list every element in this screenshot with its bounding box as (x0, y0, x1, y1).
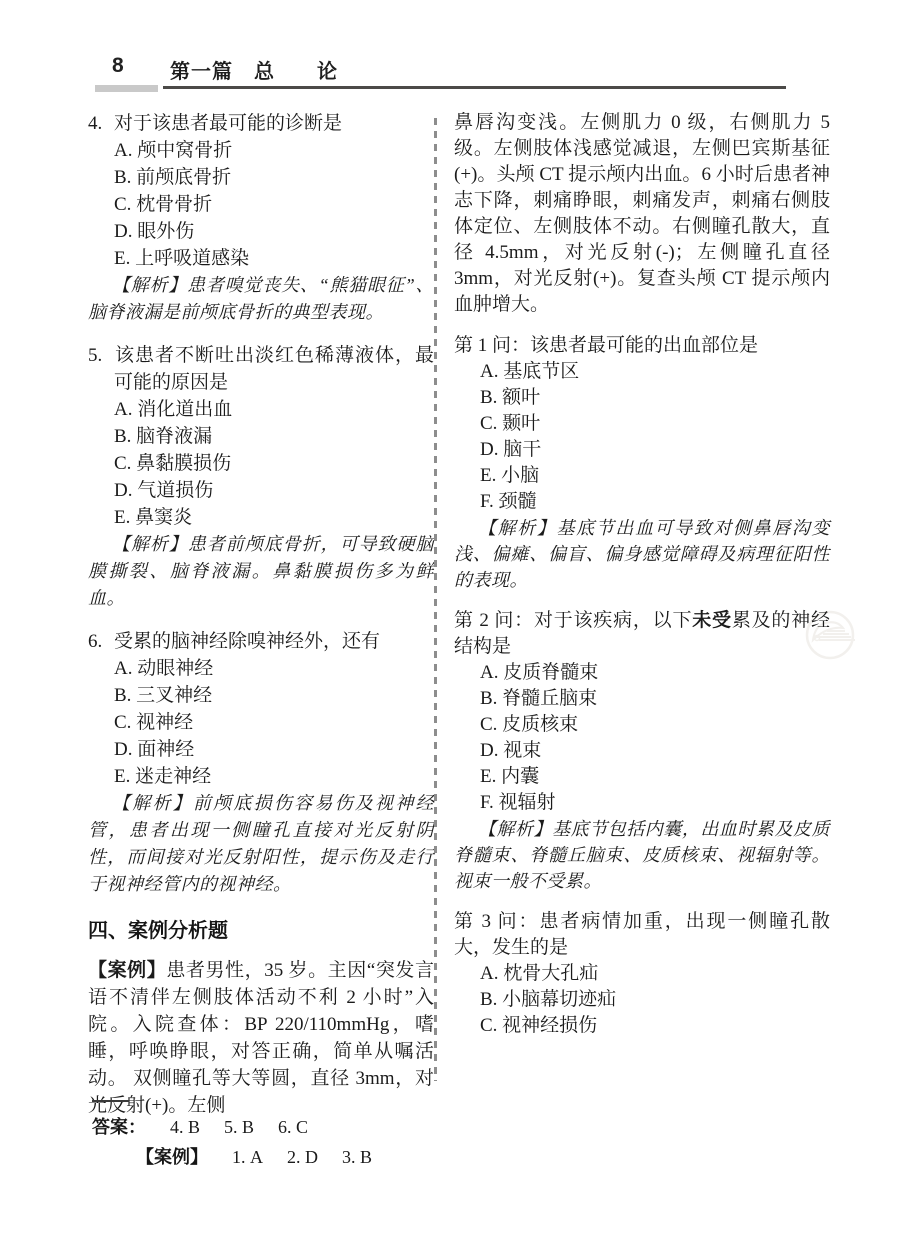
question-option: B. 脑脊液漏 (88, 423, 434, 450)
two-column-body: 4.对于该患者最可能的诊断是 A. 颅中窝骨折 B. 前颅底骨折 C. 枕骨骨折… (88, 110, 832, 1119)
question-option: A. 颅中窝骨折 (88, 137, 434, 164)
question-option: C. 枕骨骨折 (88, 191, 434, 218)
question-option: C. 颞叶 (454, 411, 830, 437)
right-column: 鼻唇沟变浅。左侧肌力 0 级，右侧肌力 5 级。左侧肢体浅感觉减退，左侧巴宾斯基… (454, 110, 830, 1119)
question-option: B. 脊髓丘脑束 (454, 686, 830, 712)
question-option: D. 脑干 (454, 437, 830, 463)
chapter-header-title: 第一篇 总 论 (170, 55, 338, 84)
analysis-paragraph: 【解析】患者嗅觉丧失、“熊猫眼征”、脑脊液漏是前颅底骨折的典型表现。 (88, 272, 434, 326)
case-paragraph: 【案例】患者男性，35 岁。主因“突发言语不清伴左侧肢体活动不利 2 小时”入院… (88, 957, 434, 1119)
question-option: B. 前颅底骨折 (88, 164, 434, 191)
question-option: D. 面神经 (88, 736, 434, 763)
question-option: B. 三叉神经 (88, 682, 434, 709)
question-option: D. 气道损伤 (88, 477, 434, 504)
answer-value: 2. D (287, 1147, 318, 1167)
question-stem: 6.受累的脑神经除嗅神经外，还有 (88, 628, 434, 655)
question-number: 4. (88, 110, 114, 137)
case-answers-row: 【案例】1. A2. D3. B (136, 1142, 792, 1172)
question-option: C. 视神经损伤 (454, 1013, 830, 1039)
answer-value: 3. B (342, 1147, 372, 1167)
question-option: A. 皮质脊髓束 (454, 660, 830, 686)
question-option: A. 枕骨大孔疝 (454, 961, 830, 987)
page-number: 8 (112, 54, 152, 78)
question-number: 6. (88, 628, 114, 655)
question-option: B. 小脑幕切迹疝 (454, 987, 830, 1013)
answers-row: 答案：4. B5. B6. C (92, 1112, 792, 1142)
left-column: 4.对于该患者最可能的诊断是 A. 颅中窝骨折 B. 前颅底骨折 C. 枕骨骨折… (88, 110, 434, 1119)
question-option: A. 消化道出血 (88, 396, 434, 423)
case-label: 【案例】 (88, 960, 166, 981)
header-gray-bar (95, 85, 158, 92)
header-rule (163, 86, 786, 89)
question-stem-text: 受累的脑神经除嗅神经外，还有 (114, 631, 380, 652)
analysis-label: 【解析】 (112, 793, 193, 813)
case-answers-label: 【案例】 (136, 1147, 208, 1167)
question-stem: 5.该患者不断吐出淡红色稀薄液体，最可能的原因是 (88, 342, 434, 396)
question-5: 5.该患者不断吐出淡红色稀薄液体，最可能的原因是 A. 消化道出血 B. 脑脊液… (88, 342, 434, 612)
sub-question-stem: 第 1 问：该患者最可能的出血部位是 (454, 333, 830, 359)
analysis-label: 【解析】 (478, 518, 556, 538)
analysis-label: 【解析】 (478, 819, 552, 839)
question-option: F. 视辐射 (454, 790, 830, 816)
case-continuation: 鼻唇沟变浅。左侧肌力 0 级，右侧肌力 5 级。左侧肢体浅感觉减退，左侧巴宾斯基… (454, 110, 830, 318)
answer-value: 6. C (278, 1117, 308, 1137)
analysis-paragraph: 【解析】患者前颅底骨折，可导致硬脑膜撕裂、脑脊液漏。鼻黏膜损伤多为鲜血。 (88, 531, 434, 612)
column-divider (434, 118, 437, 1081)
question-option: E. 迷走神经 (88, 763, 434, 790)
question-number: 5. (88, 342, 114, 369)
book-page: 8 第一篇 总 论 4.对于该患者最可能的诊断是 A. 颅中窝骨折 B. 前颅底… (0, 0, 900, 1245)
question-option: C. 皮质核束 (454, 712, 830, 738)
question-option: D. 眼外伤 (88, 218, 434, 245)
answer-footer: 答案：4. B5. B6. C 【案例】1. A2. D3. B (92, 1100, 792, 1172)
question-option: E. 上呼吸道感染 (88, 245, 434, 272)
question-option: A. 动眼神经 (88, 655, 434, 682)
sub-question-label: 第 2 问： (454, 610, 534, 631)
question-option: A. 基底节区 (454, 359, 830, 385)
analysis-paragraph: 【解析】前颅底损伤容易伤及视神经管，患者出现一侧瞳孔直接对光反射阴性，而间接对光… (88, 790, 434, 898)
sub-question-label: 第 1 问： (454, 335, 530, 356)
answer-value: 5. B (224, 1117, 254, 1137)
emphasized-stem-text: 未受 (692, 610, 732, 631)
analysis-label: 【解析】 (112, 534, 188, 554)
question-option: E. 小脑 (454, 463, 830, 489)
sub-question-3: 第 3 问：患者病情加重，出现一侧瞳孔散大，发生的是 A. 枕骨大孔疝 B. 小… (454, 909, 830, 1039)
sub-question-2: 第 2 问：对于该疾病，以下未受累及的神经结构是 A. 皮质脊髓束 B. 脊髓丘… (454, 608, 830, 894)
question-stem: 4.对于该患者最可能的诊断是 (88, 110, 434, 137)
answer-value: 1. A (232, 1147, 263, 1167)
case-text: 患者男性，35 岁。主因“突发言语不清伴左侧肢体活动不利 2 小时”入院。入院查… (88, 960, 434, 1116)
question-option: F. 颈髓 (454, 489, 830, 515)
question-option: D. 视束 (454, 738, 830, 764)
analysis-paragraph: 【解析】基底节包括内囊，出血时累及皮质脊髓束、脊髓丘脑束、皮质核束、视辐射等。视… (454, 816, 830, 894)
sub-question-stem: 第 3 问：患者病情加重，出现一侧瞳孔散大，发生的是 (454, 909, 830, 961)
question-6: 6.受累的脑神经除嗅神经外，还有 A. 动眼神经 B. 三叉神经 C. 视神经 … (88, 628, 434, 898)
answer-value: 4. B (170, 1117, 200, 1137)
question-option: C. 鼻黏膜损伤 (88, 450, 434, 477)
sub-question-1: 第 1 问：该患者最可能的出血部位是 A. 基底节区 B. 额叶 C. 颞叶 D… (454, 333, 830, 593)
answers-label: 答案： (92, 1117, 146, 1137)
section-heading-case-analysis: 四、案例分析题 (88, 918, 434, 945)
question-option: B. 额叶 (454, 385, 830, 411)
analysis-paragraph: 【解析】基底节出血可导致对侧鼻唇沟变浅、偏瘫、偏盲、偏身感觉障碍及病理征阳性的表… (454, 515, 830, 593)
question-option: E. 内囊 (454, 764, 830, 790)
question-4: 4.对于该患者最可能的诊断是 A. 颅中窝骨折 B. 前颅底骨折 C. 枕骨骨折… (88, 110, 434, 326)
question-option: E. 鼻窦炎 (88, 504, 434, 531)
analysis-label: 【解析】 (112, 275, 187, 295)
sub-question-label: 第 3 问： (454, 911, 539, 932)
sub-question-stem: 第 2 问：对于该疾病，以下未受累及的神经结构是 (454, 608, 830, 660)
question-option: C. 视神经 (88, 709, 434, 736)
question-stem-text: 该患者不断吐出淡红色稀薄液体，最可能的原因是 (114, 345, 434, 393)
question-stem-text: 对于该患者最可能的诊断是 (114, 113, 342, 134)
footer-rule (92, 1100, 129, 1102)
